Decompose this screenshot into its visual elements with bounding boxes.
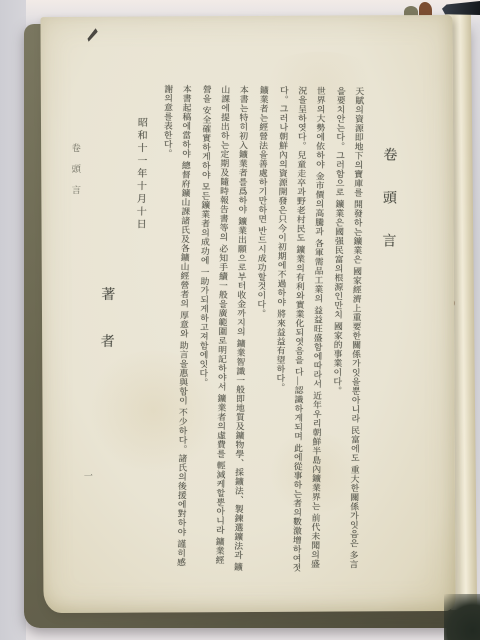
margin-running-title: 卷頭言 bbox=[67, 143, 81, 206]
preface-paragraph: 天賦의資源即地下의寶庫를 開發하는鑛業은 國家經濟上重要한關係가잇을뿐아니라 民… bbox=[325, 86, 368, 573]
ink-mark bbox=[86, 28, 98, 42]
page-number: 一 bbox=[84, 469, 93, 482]
date-line: 昭和十一年十月十日 bbox=[125, 84, 150, 571]
preface-paragraph: 世界의大勢에依하야 金市價의高騰과 各軍需品工業의 益益旺盛함에따라서 近年우리… bbox=[268, 86, 329, 574]
photo-scene: 卷頭言 天賦의資源即地下의寶庫를 開發하는鑛業은 國家經濟上重要한關係가잇을뿐아… bbox=[0, 0, 480, 640]
preface-text-block: 卷頭言 天賦의資源即地下의寶庫를 開發하는鑛業은 國家經濟上重要한關係가잇을뿐아… bbox=[89, 83, 398, 574]
background-left-strip bbox=[0, 0, 26, 640]
cover-edge-wedge bbox=[442, 1, 480, 15]
preface-paragraph: 本書는特히初入鑛業者를爲하야 鑛業出願으로부터收金까지의 鑛業智識一般即地質及鑛… bbox=[191, 85, 252, 573]
page-title: 卷頭言 bbox=[373, 87, 399, 574]
cover-corner-shadow bbox=[444, 594, 480, 640]
book-page: 卷頭言 天賦의資源即地下의寶庫를 開發하는鑛業은 國家經濟上重要한關係가잇을뿐아… bbox=[40, 15, 455, 613]
author-signature: 著者 bbox=[89, 83, 121, 570]
preface-paragraph: 本書起稿에當하야 總督府鑛山課諸氏及各鑛山經營者의 厚意와 助言을惠與함이 不少… bbox=[152, 84, 195, 571]
